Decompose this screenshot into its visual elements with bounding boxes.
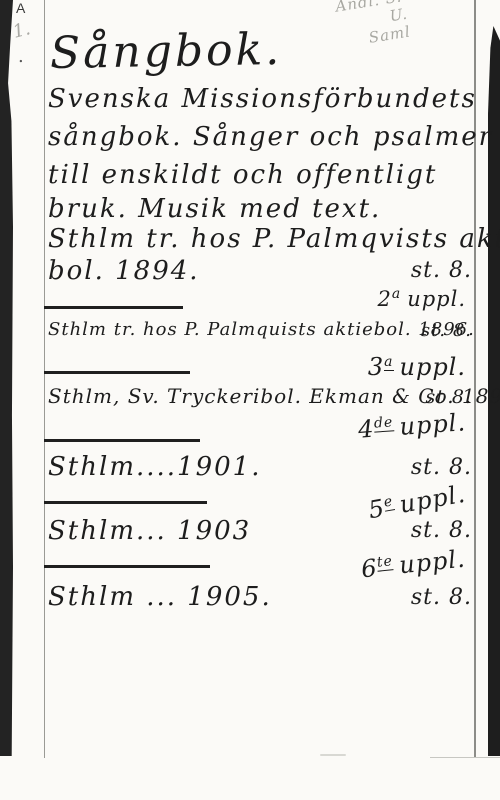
separator-rule — [44, 501, 207, 504]
edition-ordinal: 4deuppl. — [357, 408, 467, 443]
description-line: Svenska Missionsförbundets — [48, 84, 477, 114]
edition-format: st. 8. — [411, 518, 472, 543]
margin-dot: . — [18, 46, 24, 67]
edition-ordinal: 3auppl. — [368, 353, 466, 381]
ordinal-number: 3 — [368, 353, 384, 381]
edition-format: st. 8. — [411, 585, 472, 610]
description-line: till enskildt och offentligt — [48, 160, 437, 190]
scan-smudge — [320, 754, 346, 756]
scan-edge-left — [0, 0, 13, 756]
description-line: Sthlm tr. hos P. Palmqvists aktie- — [48, 224, 500, 254]
first-edition-imprint: bol. 1894. — [48, 256, 200, 286]
ordinal-suffix: de — [373, 414, 393, 432]
margin-number: 1. — [11, 18, 33, 43]
ordinal-suffix: e — [382, 493, 394, 511]
edition-imprint: Sthlm... 1903 — [48, 516, 251, 546]
ordinal-label: uppl. — [407, 287, 466, 311]
ordinal-number: 2 — [377, 287, 391, 311]
card-title: Sångbok. — [50, 24, 283, 79]
first-edition-format: st. 8. — [411, 258, 472, 283]
separator-rule — [44, 439, 200, 442]
edition-ordinal: 2auppl. — [377, 286, 466, 311]
separator-rule — [44, 371, 190, 374]
edition-ordinal: 6teuppl. — [360, 545, 467, 584]
card-bottom-edge — [430, 757, 500, 758]
edition-format: st. 8. — [411, 455, 472, 480]
ordinal-label: uppl. — [397, 480, 467, 519]
description-line: sångbok. Sånger och psalmer — [48, 122, 493, 152]
edition-imprint: Sthlm....1901. — [48, 452, 261, 482]
ordinal-suffix: te — [376, 553, 394, 572]
edition-format: st. 8. — [421, 320, 472, 341]
edition-format: st 8. — [425, 386, 472, 408]
ordinal-suffix: a — [384, 354, 393, 371]
ordinal-label: uppl. — [399, 408, 467, 441]
pencil-shelfmark: Andl. S. U. Saml — [334, 0, 412, 51]
edition-imprint: Sthlm tr. hos P. Palmquists aktiebol. 18… — [48, 319, 475, 340]
separator-rule — [44, 565, 210, 568]
separator-rule — [44, 306, 183, 309]
description-line: bruk. Musik med text. — [48, 194, 381, 224]
edition-imprint: Sthlm ... 1905. — [48, 582, 272, 612]
margin-letter: A — [16, 0, 25, 16]
ordinal-suffix: a — [392, 286, 401, 302]
pencil-line-3: Saml — [367, 22, 412, 46]
ordinal-label: uppl. — [398, 545, 467, 580]
ordinal-label: uppl. — [400, 353, 467, 381]
card-margin-rule — [44, 0, 45, 758]
